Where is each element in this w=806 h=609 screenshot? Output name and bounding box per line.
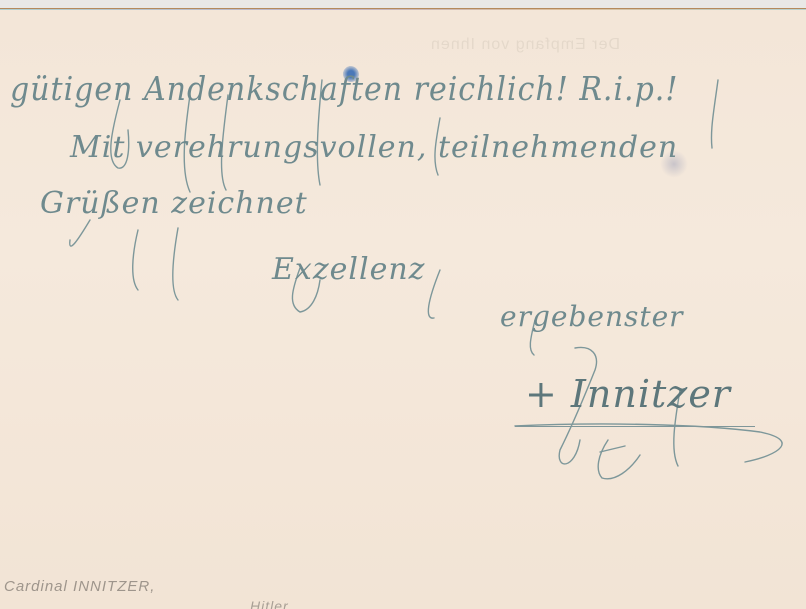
salutation-exzellenz: Exzellenz (272, 252, 425, 287)
closing-ergebenster: ergebenster (500, 300, 684, 333)
pencil-annotation-cut-off: Hitler (250, 598, 289, 609)
letter-line-3: Grüßen zeichnet (40, 186, 308, 221)
letter-line-1: gütigen Andenkschaften reichlich! R.i.p.… (10, 70, 678, 109)
letter-line-2: Mit verehrungsvollen, teilnehmenden (70, 130, 678, 165)
pencil-annotation: Cardinal INNITZER, (4, 578, 155, 595)
signature-underline (515, 426, 755, 427)
signature-innitzer: + Innitzer (525, 372, 731, 416)
